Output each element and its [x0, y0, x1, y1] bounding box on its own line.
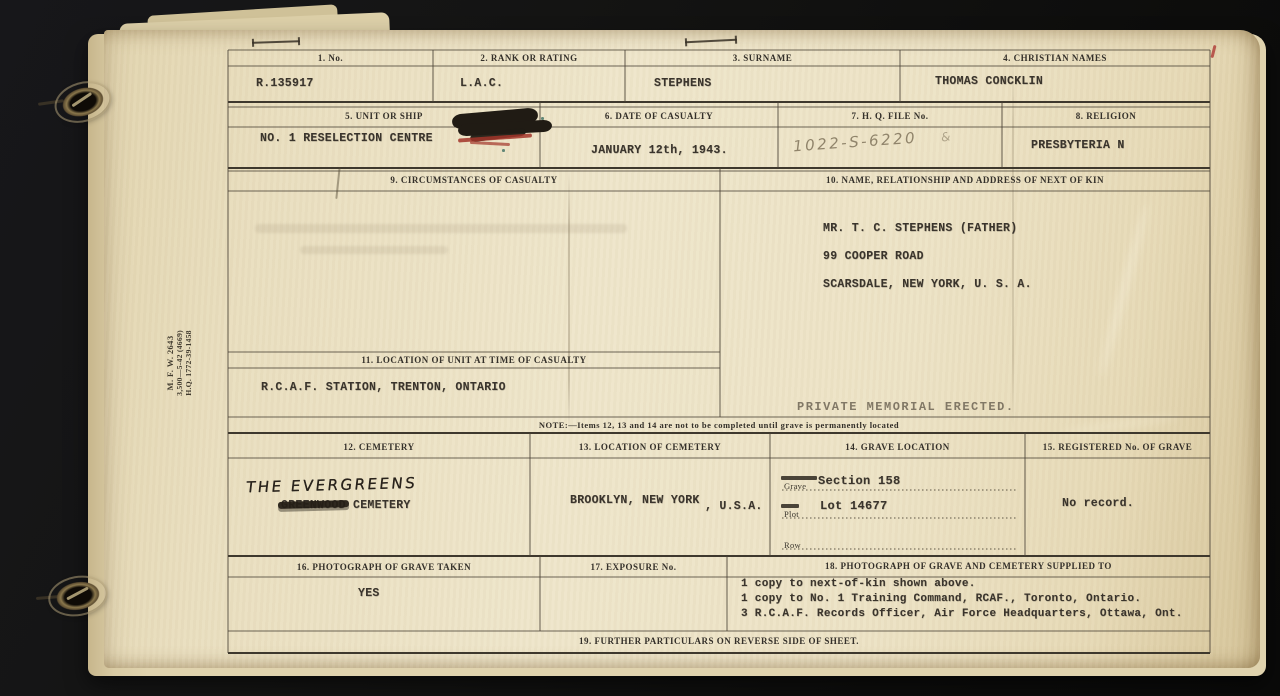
plot-line-label: Plot — [784, 509, 799, 519]
photographed-casualty-form: { "colors": { "paper": "#ece2c6", "typew… — [0, 0, 1280, 696]
field-no-value: R.135917 — [256, 77, 314, 90]
field-rank-label: 2. RANK OR RATING — [433, 53, 625, 63]
field-hq-file-label: 7. H. Q. FILE No. — [778, 111, 1002, 121]
overtype-strike — [781, 504, 799, 508]
field-no-label: 1. No. — [228, 53, 433, 63]
field-photo-taken-label: 16. PHOTOGRAPH OF GRAVE TAKEN — [228, 562, 540, 572]
field-cemetery-location-label: 13. LOCATION OF CEMETERY — [530, 442, 770, 452]
field-surname-label: 3. SURNAME — [625, 53, 900, 63]
field-unit-location-value: R.C.A.F. STATION, TRENTON, ONTARIO — [261, 381, 506, 394]
next-of-kin-name: MR. T. C. STEPHENS (FATHER) — [823, 222, 1017, 235]
cemetery-location-suffix: , U.S.A. — [705, 500, 763, 513]
field-date-of-casualty-label: 6. DATE OF CASUALTY — [540, 111, 778, 121]
field-grave-location-label: 14. GRAVE LOCATION — [770, 442, 1025, 452]
form-number-line: M. F. W. 2643 — [165, 288, 175, 438]
photo-supplied-line: 1 copy to next-of-kin shown above. — [741, 578, 976, 590]
field-circumstances-label: 9. CIRCUMSTANCES OF CASUALTY — [228, 175, 720, 185]
ink-speck — [502, 149, 505, 152]
field-exposure-label: 17. EXPOSURE No. — [540, 562, 727, 572]
field-photo-supplied-label: 18. PHOTOGRAPH OF GRAVE AND CEMETERY SUP… — [727, 561, 1210, 571]
next-of-kin-city: SCARSDALE, NEW YORK, U. S. A. — [823, 278, 1032, 291]
form-number-line: 3,500—5-42 (4669) — [175, 288, 184, 438]
field-unit-value: NO. 1 RESELECTION CENTRE — [260, 132, 433, 145]
form-number-line: H.Q. 1772-39-1458 — [184, 288, 193, 438]
cemetery-word: CEMETERY — [346, 499, 411, 512]
field-next-of-kin-label: 10. NAME, RELATIONSHIP AND ADDRESS OF NE… — [720, 175, 1210, 185]
grave-line-label: Grave — [784, 481, 806, 491]
field-registered-grave-label: 15. REGISTERED No. OF GRAVE — [1025, 442, 1210, 452]
grave-section-value: Section 158 — [818, 474, 901, 488]
private-memorial-stamp: PRIVATE MEMORIAL ERECTED. — [797, 400, 1015, 414]
next-of-kin-street: 99 COOPER ROAD — [823, 250, 924, 263]
photo-taken-value: YES — [358, 587, 380, 600]
ink-speck — [541, 117, 544, 120]
field-cemetery-label: 12. CEMETERY — [228, 442, 530, 452]
field-christian-names-value: THOMAS CONCKLIN — [935, 75, 1043, 88]
cemetery-name-typed: GREENWOOD CEMETERY — [281, 499, 411, 512]
note-items-12-13-14: NOTE:—Items 12, 13 and 14 are not to be … — [228, 420, 1210, 430]
grave-lot-value: Lot 14677 — [820, 499, 888, 513]
field-unit-location-label: 11. LOCATION OF UNIT AT TIME OF CASUALTY — [228, 355, 720, 365]
row-line-label: Row — [784, 540, 801, 550]
photo-supplied-line: 1 copy to No. 1 Training Command, RCAF.,… — [741, 593, 1141, 605]
overtype-strike — [781, 476, 817, 480]
field-date-of-casualty-value: JANUARY 12th, 1943. — [591, 144, 728, 157]
field-religion-value: PRESBYTERIA N — [1031, 139, 1125, 152]
field-christian-names-label: 4. CHRISTIAN NAMES — [900, 53, 1210, 63]
form-number-vertical-stamp: M. F. W. 2643 3,500—5-42 (4669) H.Q. 177… — [165, 288, 221, 438]
field-rank-value: L.A.C. — [460, 77, 503, 90]
cemetery-location-value: BROOKLYN, NEW YORK — [570, 494, 700, 507]
struck-out-word: GREENWOOD — [281, 499, 346, 512]
registered-grave-value: No record. — [1062, 497, 1134, 510]
field-religion-label: 8. RELIGION — [1002, 111, 1210, 121]
further-particulars-footer: 19. FURTHER PARTICULARS ON REVERSE SIDE … — [228, 636, 1210, 646]
field-surname-value: STEPHENS — [654, 77, 712, 90]
photo-supplied-line: 3 R.C.A.F. Records Officer, Air Force He… — [741, 608, 1183, 620]
